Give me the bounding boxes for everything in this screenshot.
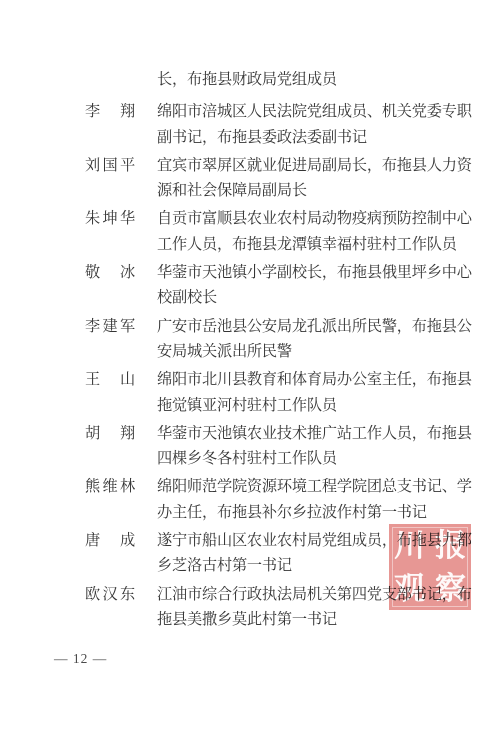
- entry-name: 熊维林: [85, 474, 135, 499]
- description-line: 校副校长: [157, 285, 472, 310]
- description-line: 绵阳市涪城区人民法院党组成员、机关党委专职: [157, 99, 472, 124]
- page-number: — 12 —: [54, 651, 107, 667]
- description-line: 副书记，布拖县委政法委副书记: [157, 125, 472, 150]
- description-line: 四棵乡冬各村驻村工作队员: [157, 446, 472, 471]
- entry-description: 绵阳市北川县教育和体育局办公室主任，布拖县 拖觉镇亚河村驻村工作队员: [157, 367, 472, 418]
- description-line: 工作人员，布拖县龙潭镇幸福村驻村工作队员: [157, 232, 472, 257]
- entry: 李翔 绵阳市涪城区人民法院党组成员、机关党委专职 副书记，布拖县委政法委副书记: [85, 99, 480, 150]
- description-line: 绵阳市北川县教育和体育局办公室主任，布拖县: [157, 367, 472, 392]
- entry-continuation: 长，布拖县财政局党组成员: [85, 67, 480, 92]
- entry-description: 绵阳市涪城区人民法院党组成员、机关党委专职 副书记，布拖县委政法委副书记: [157, 99, 472, 150]
- entry-description: 绵阳师范学院资源环境工程学院团总支书记、学 办主任，布拖县补尔乡拉波作村第一书记: [157, 474, 472, 525]
- watermark-seal: 川 报 观 察: [389, 524, 471, 610]
- description-line: 华蓥市天池镇农业技术推广站工作人员，布拖县: [157, 421, 472, 446]
- entry-name: 欧汉东: [85, 582, 135, 607]
- entry-description: 广安市岳池县公安局龙孔派出所民警，布拖县公 安局城关派出所民警: [157, 314, 472, 365]
- entry-name: 朱坤华: [85, 206, 135, 231]
- watermark-char-chuan: 川: [394, 530, 425, 561]
- entry: 熊维林 绵阳师范学院资源环境工程学院团总支书记、学 办主任，布拖县补尔乡拉波作村…: [85, 474, 480, 525]
- entry-name: 胡翔: [85, 421, 135, 446]
- description-line: 安局城关派出所民警: [157, 339, 472, 364]
- entry: 李建军 广安市岳池县公安局龙孔派出所民警，布拖县公 安局城关派出所民警: [85, 314, 480, 365]
- description-line: 绵阳师范学院资源环境工程学院团总支书记、学: [157, 474, 472, 499]
- document-page: 长，布拖县财政局党组成员 李翔 绵阳市涪城区人民法院党组成员、机关党委专职 副书…: [0, 0, 502, 730]
- entry: 敬冰 华蓥市天池镇小学副校长，布拖县俄里坪乡中心 校副校长: [85, 260, 480, 311]
- description-line: 自贡市富顺县农业农村局动物疫病预防控制中心: [157, 206, 472, 231]
- entry-name: 敬冰: [85, 260, 135, 285]
- watermark-char-bao: 报: [435, 530, 466, 561]
- description-line: 华蓥市天池镇小学副校长，布拖县俄里坪乡中心: [157, 260, 472, 285]
- entry-name: 王山: [85, 367, 135, 392]
- watermark-char-cha: 察: [435, 573, 466, 604]
- entry-name: 唐成: [85, 528, 135, 553]
- entry: 王山 绵阳市北川县教育和体育局办公室主任，布拖县 拖觉镇亚河村驻村工作队员: [85, 367, 480, 418]
- entry-name: 李翔: [85, 99, 135, 124]
- entry-description: 长，布拖县财政局党组成员: [157, 67, 337, 92]
- description-line: 拖觉镇亚河村驻村工作队员: [157, 393, 472, 418]
- description-line: 拖县美撒乡莫此村第一书记: [157, 607, 472, 632]
- entry-description: 华蓥市天池镇农业技术推广站工作人员，布拖县 四棵乡冬各村驻村工作队员: [157, 421, 472, 472]
- entry: 刘国平 宜宾市翠屏区就业促进局副局长，布拖县人力资 源和社会保障局副局长: [85, 153, 480, 204]
- entry-name: 李建军: [85, 314, 135, 339]
- description-line: 源和社会保障局副局长: [157, 178, 472, 203]
- description-line: 宜宾市翠屏区就业促进局副局长，布拖县人力资: [157, 153, 472, 178]
- entry-description: 宜宾市翠屏区就业促进局副局长，布拖县人力资 源和社会保障局副局长: [157, 153, 472, 204]
- entry-description: 自贡市富顺县农业农村局动物疫病预防控制中心 工作人员，布拖县龙潭镇幸福村驻村工作…: [157, 206, 472, 257]
- entry: 朱坤华 自贡市富顺县农业农村局动物疫病预防控制中心 工作人员，布拖县龙潭镇幸福村…: [85, 206, 480, 257]
- entry: 胡翔 华蓥市天池镇农业技术推广站工作人员，布拖县 四棵乡冬各村驻村工作队员: [85, 421, 480, 472]
- entry-name: 刘国平: [85, 153, 135, 178]
- description-line: 长，布拖县财政局党组成员: [157, 67, 337, 92]
- description-line: 广安市岳池县公安局龙孔派出所民警，布拖县公: [157, 314, 472, 339]
- description-line: 办主任，布拖县补尔乡拉波作村第一书记: [157, 500, 472, 525]
- watermark-char-guan: 观: [394, 573, 425, 604]
- entry-description: 华蓥市天池镇小学副校长，布拖县俄里坪乡中心 校副校长: [157, 260, 472, 311]
